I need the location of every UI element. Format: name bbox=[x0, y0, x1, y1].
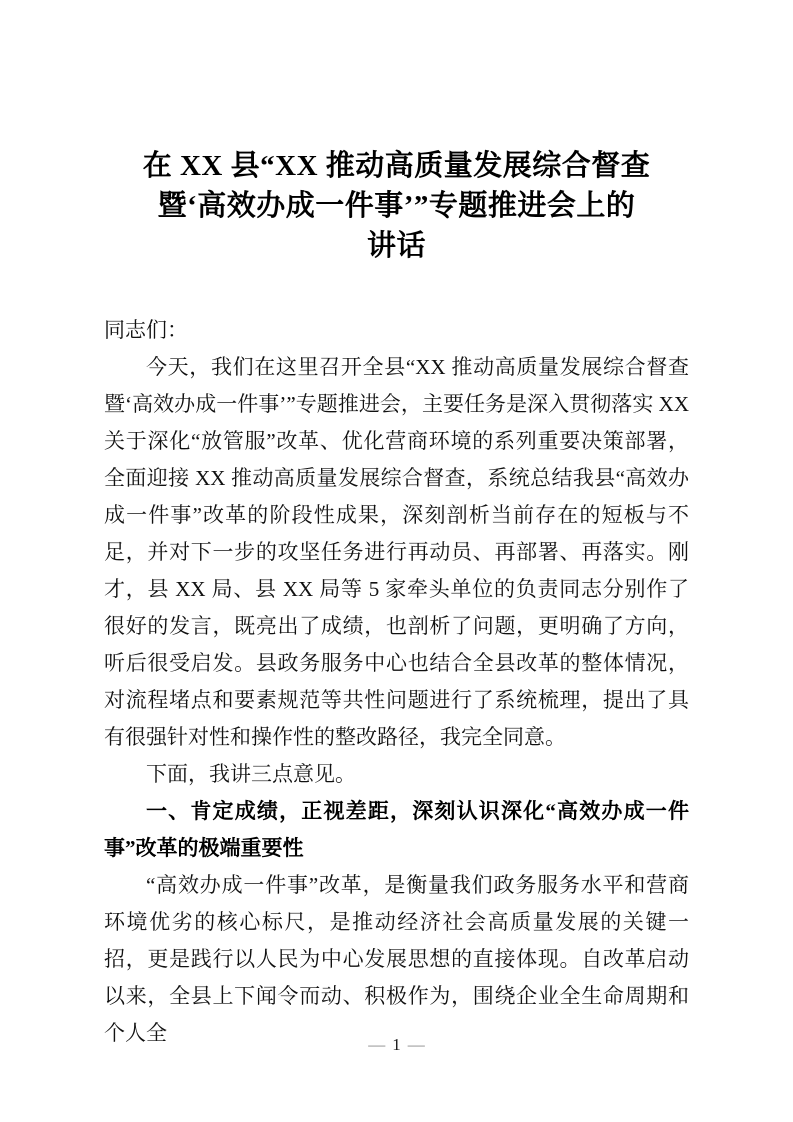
section-heading-1: 一、肯定成绩，正视差距，深刻认识深化“高效办成一件事”改革的极端重要性 bbox=[104, 793, 689, 867]
title-line-3: 讲话 bbox=[104, 226, 689, 266]
title-line-2: 暨‘高效办成一件事’”专题推进会上的 bbox=[104, 186, 689, 226]
salutation: 同志们： bbox=[104, 312, 689, 349]
page-footer: —1— bbox=[0, 1034, 793, 1056]
page-number: 1 bbox=[392, 1035, 401, 1054]
footer-dash-left: — bbox=[361, 1035, 392, 1054]
title-line-1: 在 XX 县“XX 推动高质量发展综合督查 bbox=[104, 146, 689, 186]
footer-dash-right: — bbox=[401, 1035, 432, 1054]
paragraph-transition: 下面，我讲三点意见。 bbox=[104, 756, 689, 793]
paragraph-opening: 今天，我们在这里召开全县“XX 推动高质量发展综合督查暨‘高效办成一件事’”专题… bbox=[104, 349, 689, 756]
document-title: 在 XX 县“XX 推动高质量发展综合督查 暨‘高效办成一件事’”专题推进会上的… bbox=[104, 146, 689, 266]
paragraph-section-body: “高效办成一件事”改革，是衡量我们政务服务水平和营商环境优劣的核心标尺，是推动经… bbox=[104, 867, 689, 1052]
document-body: 同志们： 今天，我们在这里召开全县“XX 推动高质量发展综合督查暨‘高效办成一件… bbox=[104, 312, 689, 1052]
document-page: 在 XX 县“XX 推动高质量发展综合督查 暨‘高效办成一件事’”专题推进会上的… bbox=[0, 0, 793, 1122]
